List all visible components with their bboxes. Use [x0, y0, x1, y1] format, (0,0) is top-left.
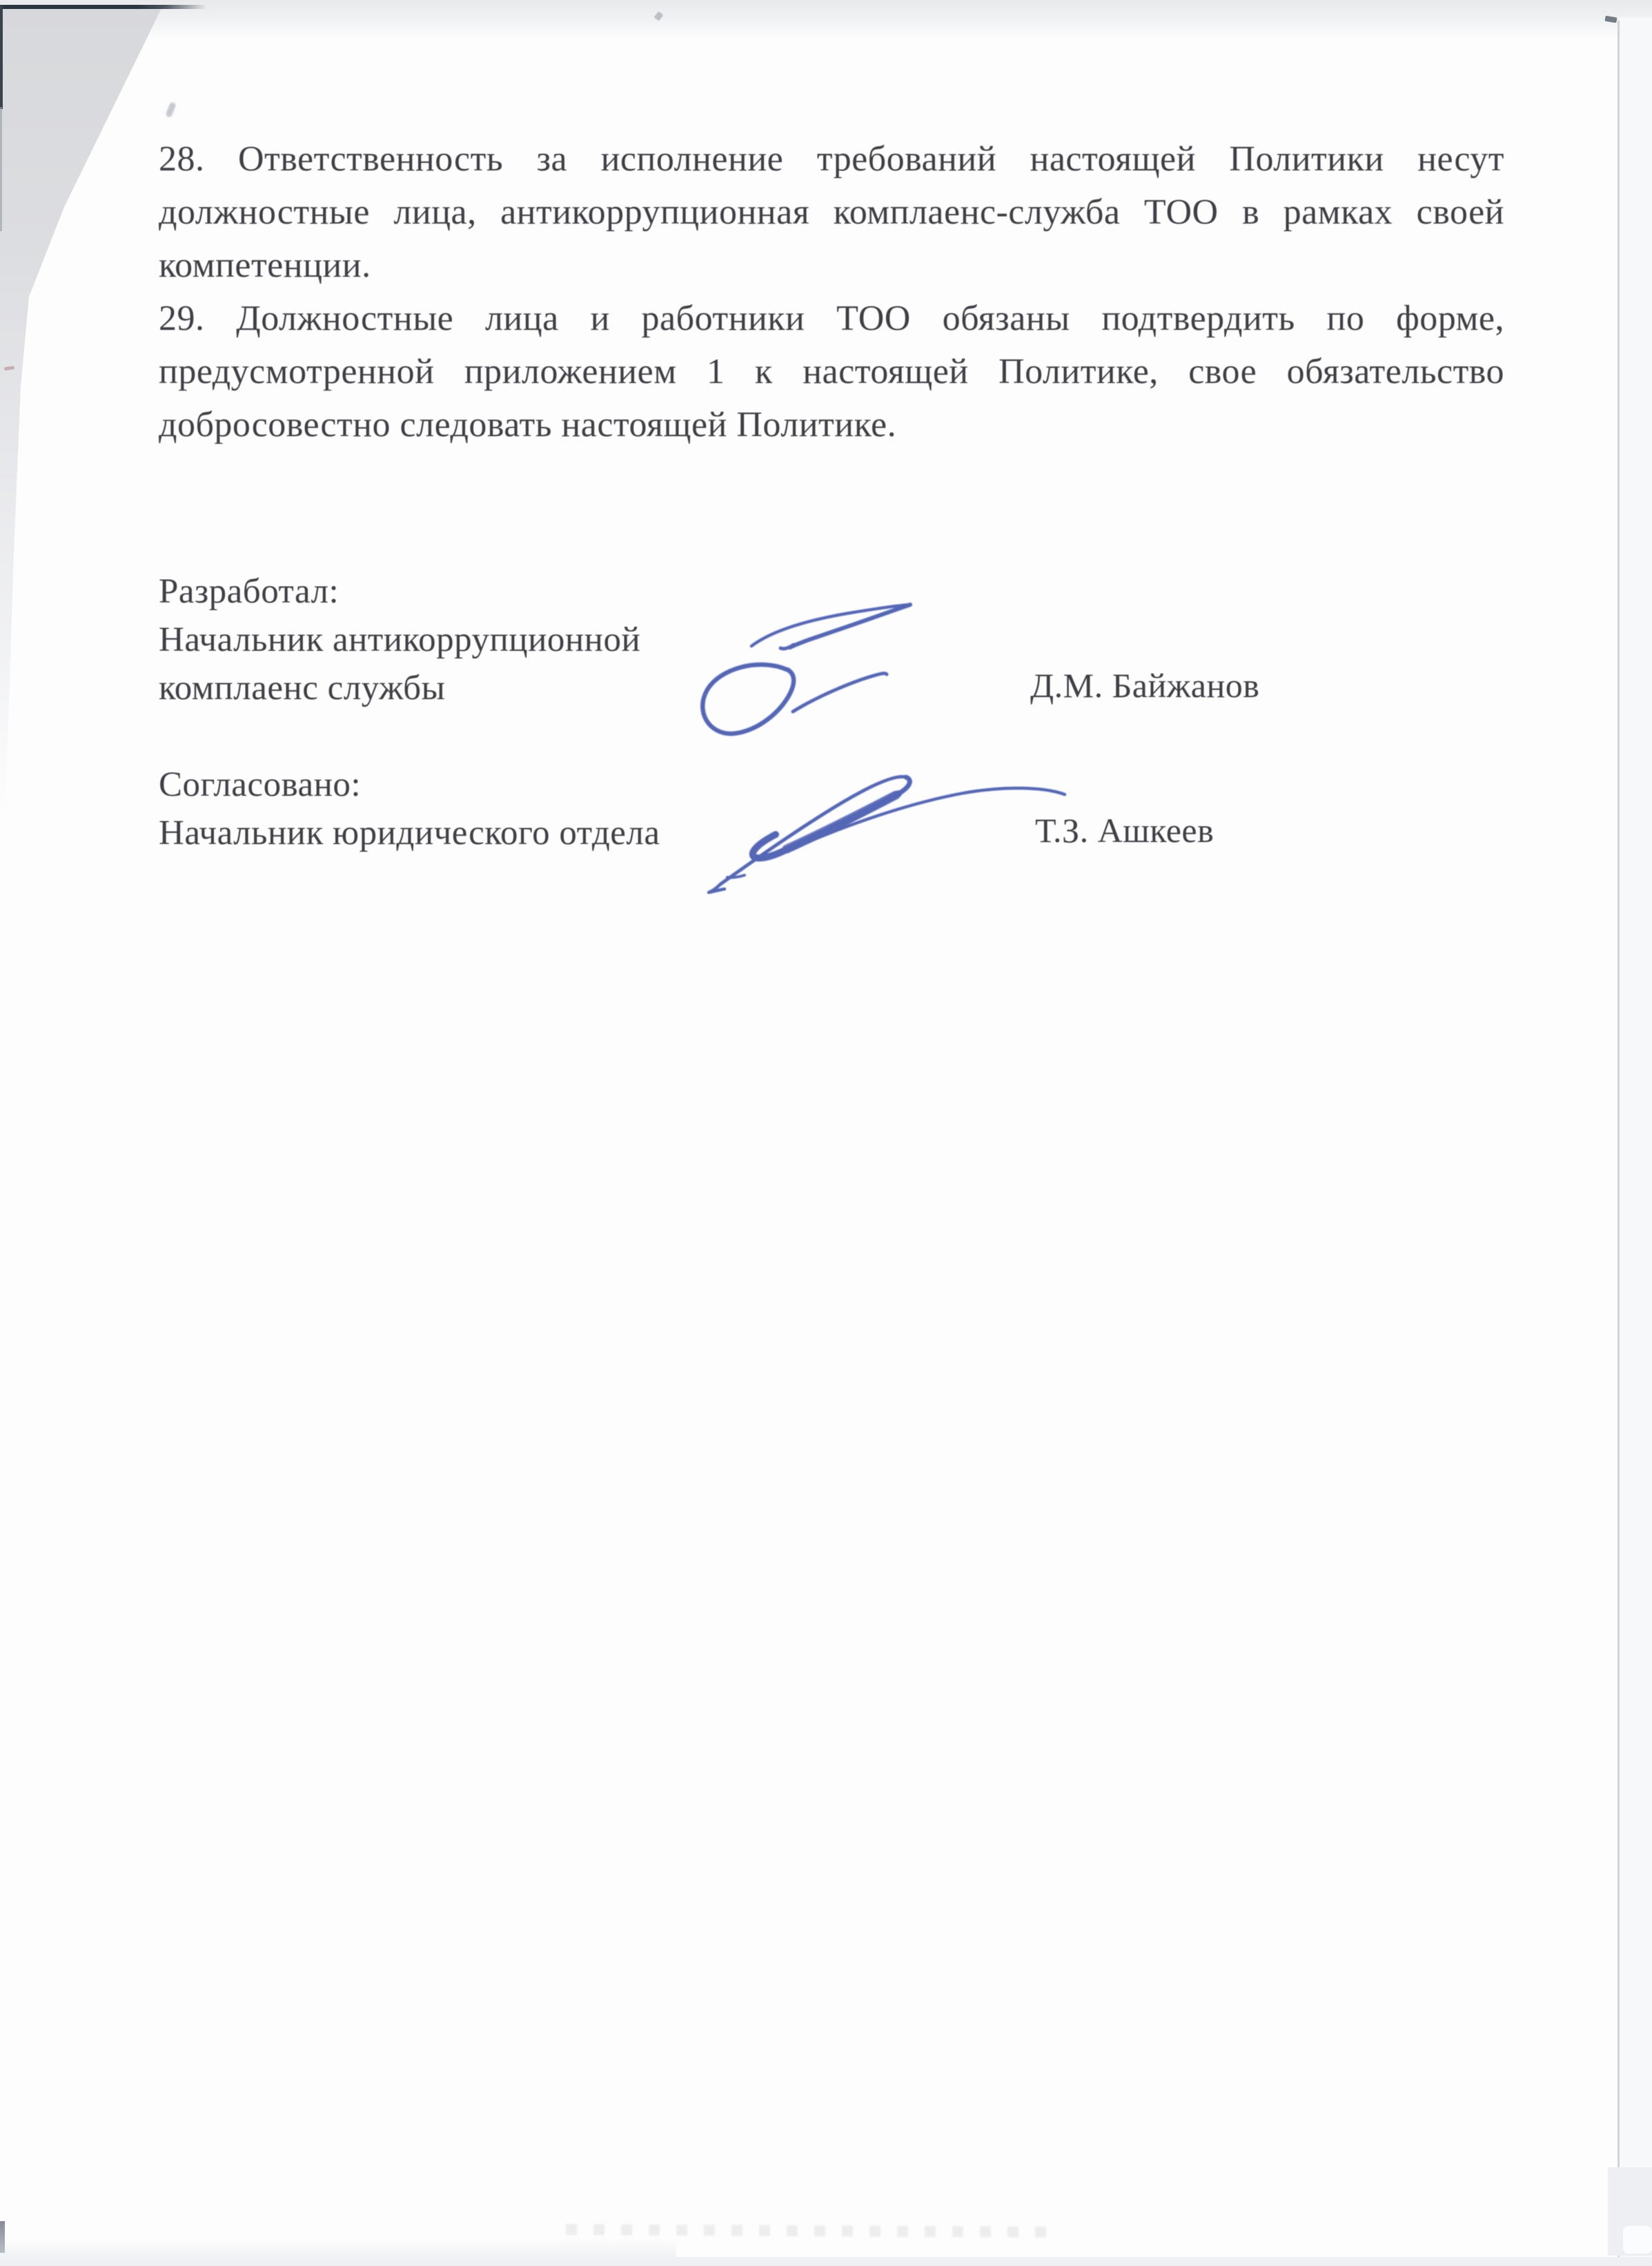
- developed-label: Разработал:: [159, 572, 339, 612]
- scan-corner-fold-artifact: [0, 0, 167, 814]
- policy-body-text: 28. Ответственность за исполнение требов…: [159, 133, 1504, 451]
- scan-speck: [165, 101, 177, 118]
- agreed-title: Начальник юридического отдела: [159, 813, 660, 853]
- scan-right-edge-line: [1617, 21, 1620, 2266]
- scan-left-edge-line-faint: [0, 107, 2, 231]
- paragraph-29-line-1: 29. Должностные лица и работники ТОО обя…: [159, 292, 1504, 345]
- scan-bottom-noise: [566, 2224, 1049, 2238]
- scan-top-edge-line: [0, 5, 207, 9]
- developed-title-line-2: комплаенс службы: [159, 668, 445, 708]
- scanned-document-page: 28. Ответственность за исполнение требов…: [0, 0, 1652, 2266]
- agreed-label: Согласовано:: [159, 765, 361, 805]
- signature-ashkeyev: [709, 777, 1065, 892]
- paragraph-29-line-3: добросовестно следовать настоящей Полити…: [159, 398, 1504, 451]
- scan-bottom-left-mark: [0, 2221, 5, 2253]
- scan-bottom-right-blotch: [1623, 2226, 1652, 2254]
- paragraph-29-line-2: предусмотренной приложением 1 к настояще…: [159, 345, 1504, 398]
- agreed-name: Т.З. Ашкеев: [1035, 810, 1214, 850]
- scan-right-margin-strip: [1620, 17, 1652, 2266]
- signature-bayzhanov: [702, 605, 910, 734]
- scan-bottom-shading: [0, 2239, 676, 2258]
- scan-left-edge-line: [0, 6, 3, 109]
- developed-title-line-1: Начальник антикоррупционной: [159, 620, 640, 660]
- developed-name: Д.М. Байжанов: [1030, 665, 1259, 705]
- scan-top-shading: [0, 0, 1652, 40]
- paragraph-28-line-3: компетенции.: [159, 239, 1504, 292]
- paragraph-28-line-2: должностные лица, антикоррупционная комп…: [159, 186, 1504, 239]
- paragraph-28-line-1: 28. Ответственность за исполнение требов…: [159, 133, 1504, 186]
